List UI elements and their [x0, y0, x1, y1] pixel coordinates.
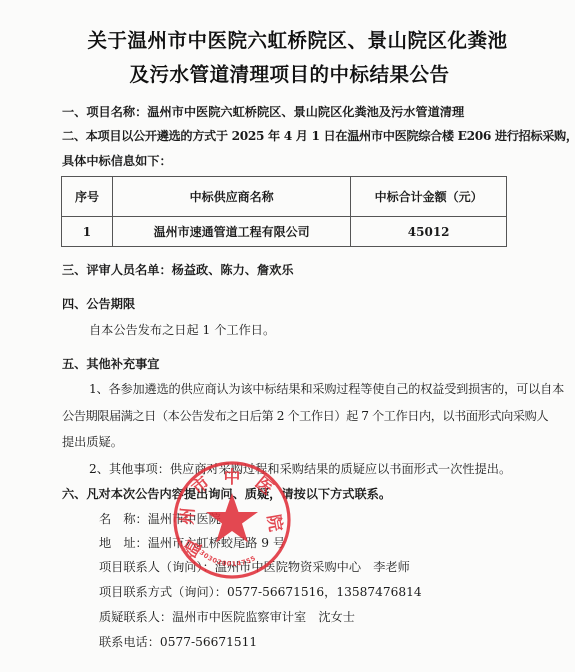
section-1-project-name: 一、项目名称：温州市中医院六虹桥院区、景山院区化粪池及污水管道清理: [62, 104, 464, 120]
announcement-page: 关于温州市中医院六虹桥院区、景山院区化粪池 及污水管道清理项目的中标结果公告 一…: [0, 0, 575, 672]
cell-supplier: 温州市速通管道工程有限公司: [112, 217, 350, 247]
cell-amount: 45012: [351, 217, 507, 247]
bid-result-table: 序号 中标供应商名称 中标合计金额（元） 1 温州市速通管道工程有限公司 450…: [61, 176, 507, 247]
section-3-reviewers: 三、评审人员名单：杨益政、陈力、詹欢乐: [62, 262, 294, 278]
section-5-item-1-line-2: 公告期限届满之日（本公告发布之日后第 2 个工作日）起 7 个工作日内，以书面形…: [62, 408, 548, 424]
section-4-body: 自本公告发布之日起 1 个工作日。: [89, 322, 275, 338]
complaint-contact-person: 质疑联系人：温州市中医院监察审计室 沈女士: [99, 609, 355, 625]
section-2-continued: 具体中标信息如下：: [62, 153, 172, 169]
section-5-heading: 五、其他补充事宜: [62, 356, 160, 372]
header-index: 序号: [62, 177, 113, 217]
section-2-procurement-method: 二、本项目以公开遴选的方式于 2025 年 4 月 1 日在温州市中医院综合楼 …: [62, 128, 575, 144]
header-supplier: 中标供应商名称: [112, 177, 350, 217]
title-line-1: 关于温州市中医院六虹桥院区、景山院区化粪池: [10, 25, 575, 53]
section-4-heading: 四、公告期限: [62, 296, 135, 312]
cell-index: 1: [62, 217, 113, 247]
section-5-item-1-line-1: 1、各参加遴选的供应商认为该中标结果和采购过程等使自己的权益受到损害的，可以自本: [89, 381, 564, 397]
table-header-row: 序号 中标供应商名称 中标合计金额（元）: [62, 177, 507, 217]
contact-name: 名 称：温州市中医院: [99, 511, 221, 527]
project-contact-phone: 项目联系方式（询问）：0577-56671516，13587476814: [99, 584, 422, 600]
seal-char-6: 院: [263, 513, 287, 533]
contact-address: 地 址：温州市六虹桥蛟尾路 9 号: [99, 535, 285, 551]
section-5-item-2: 2、其他事项：供应商对采购过程和采购结果的质疑应以书面形式一次性提出。: [89, 461, 511, 477]
header-amount: 中标合计金额（元）: [351, 177, 507, 217]
section-5-item-1-line-3: 提出质疑。: [62, 434, 123, 450]
table-row: 1 温州市速通管道工程有限公司 45012: [62, 217, 507, 247]
project-contact-person: 项目联系人（询问）：温州市中医院物资采购中心 李老师: [99, 559, 410, 575]
title-line-2: 及污水管道清理项目的中标结果公告: [2, 59, 575, 87]
section-6-heading: 六、凡对本次公告内容提出询问、质疑，请按以下方式联系。: [62, 486, 391, 502]
complaint-contact-phone: 联系电话：0577-56671511: [99, 634, 257, 650]
